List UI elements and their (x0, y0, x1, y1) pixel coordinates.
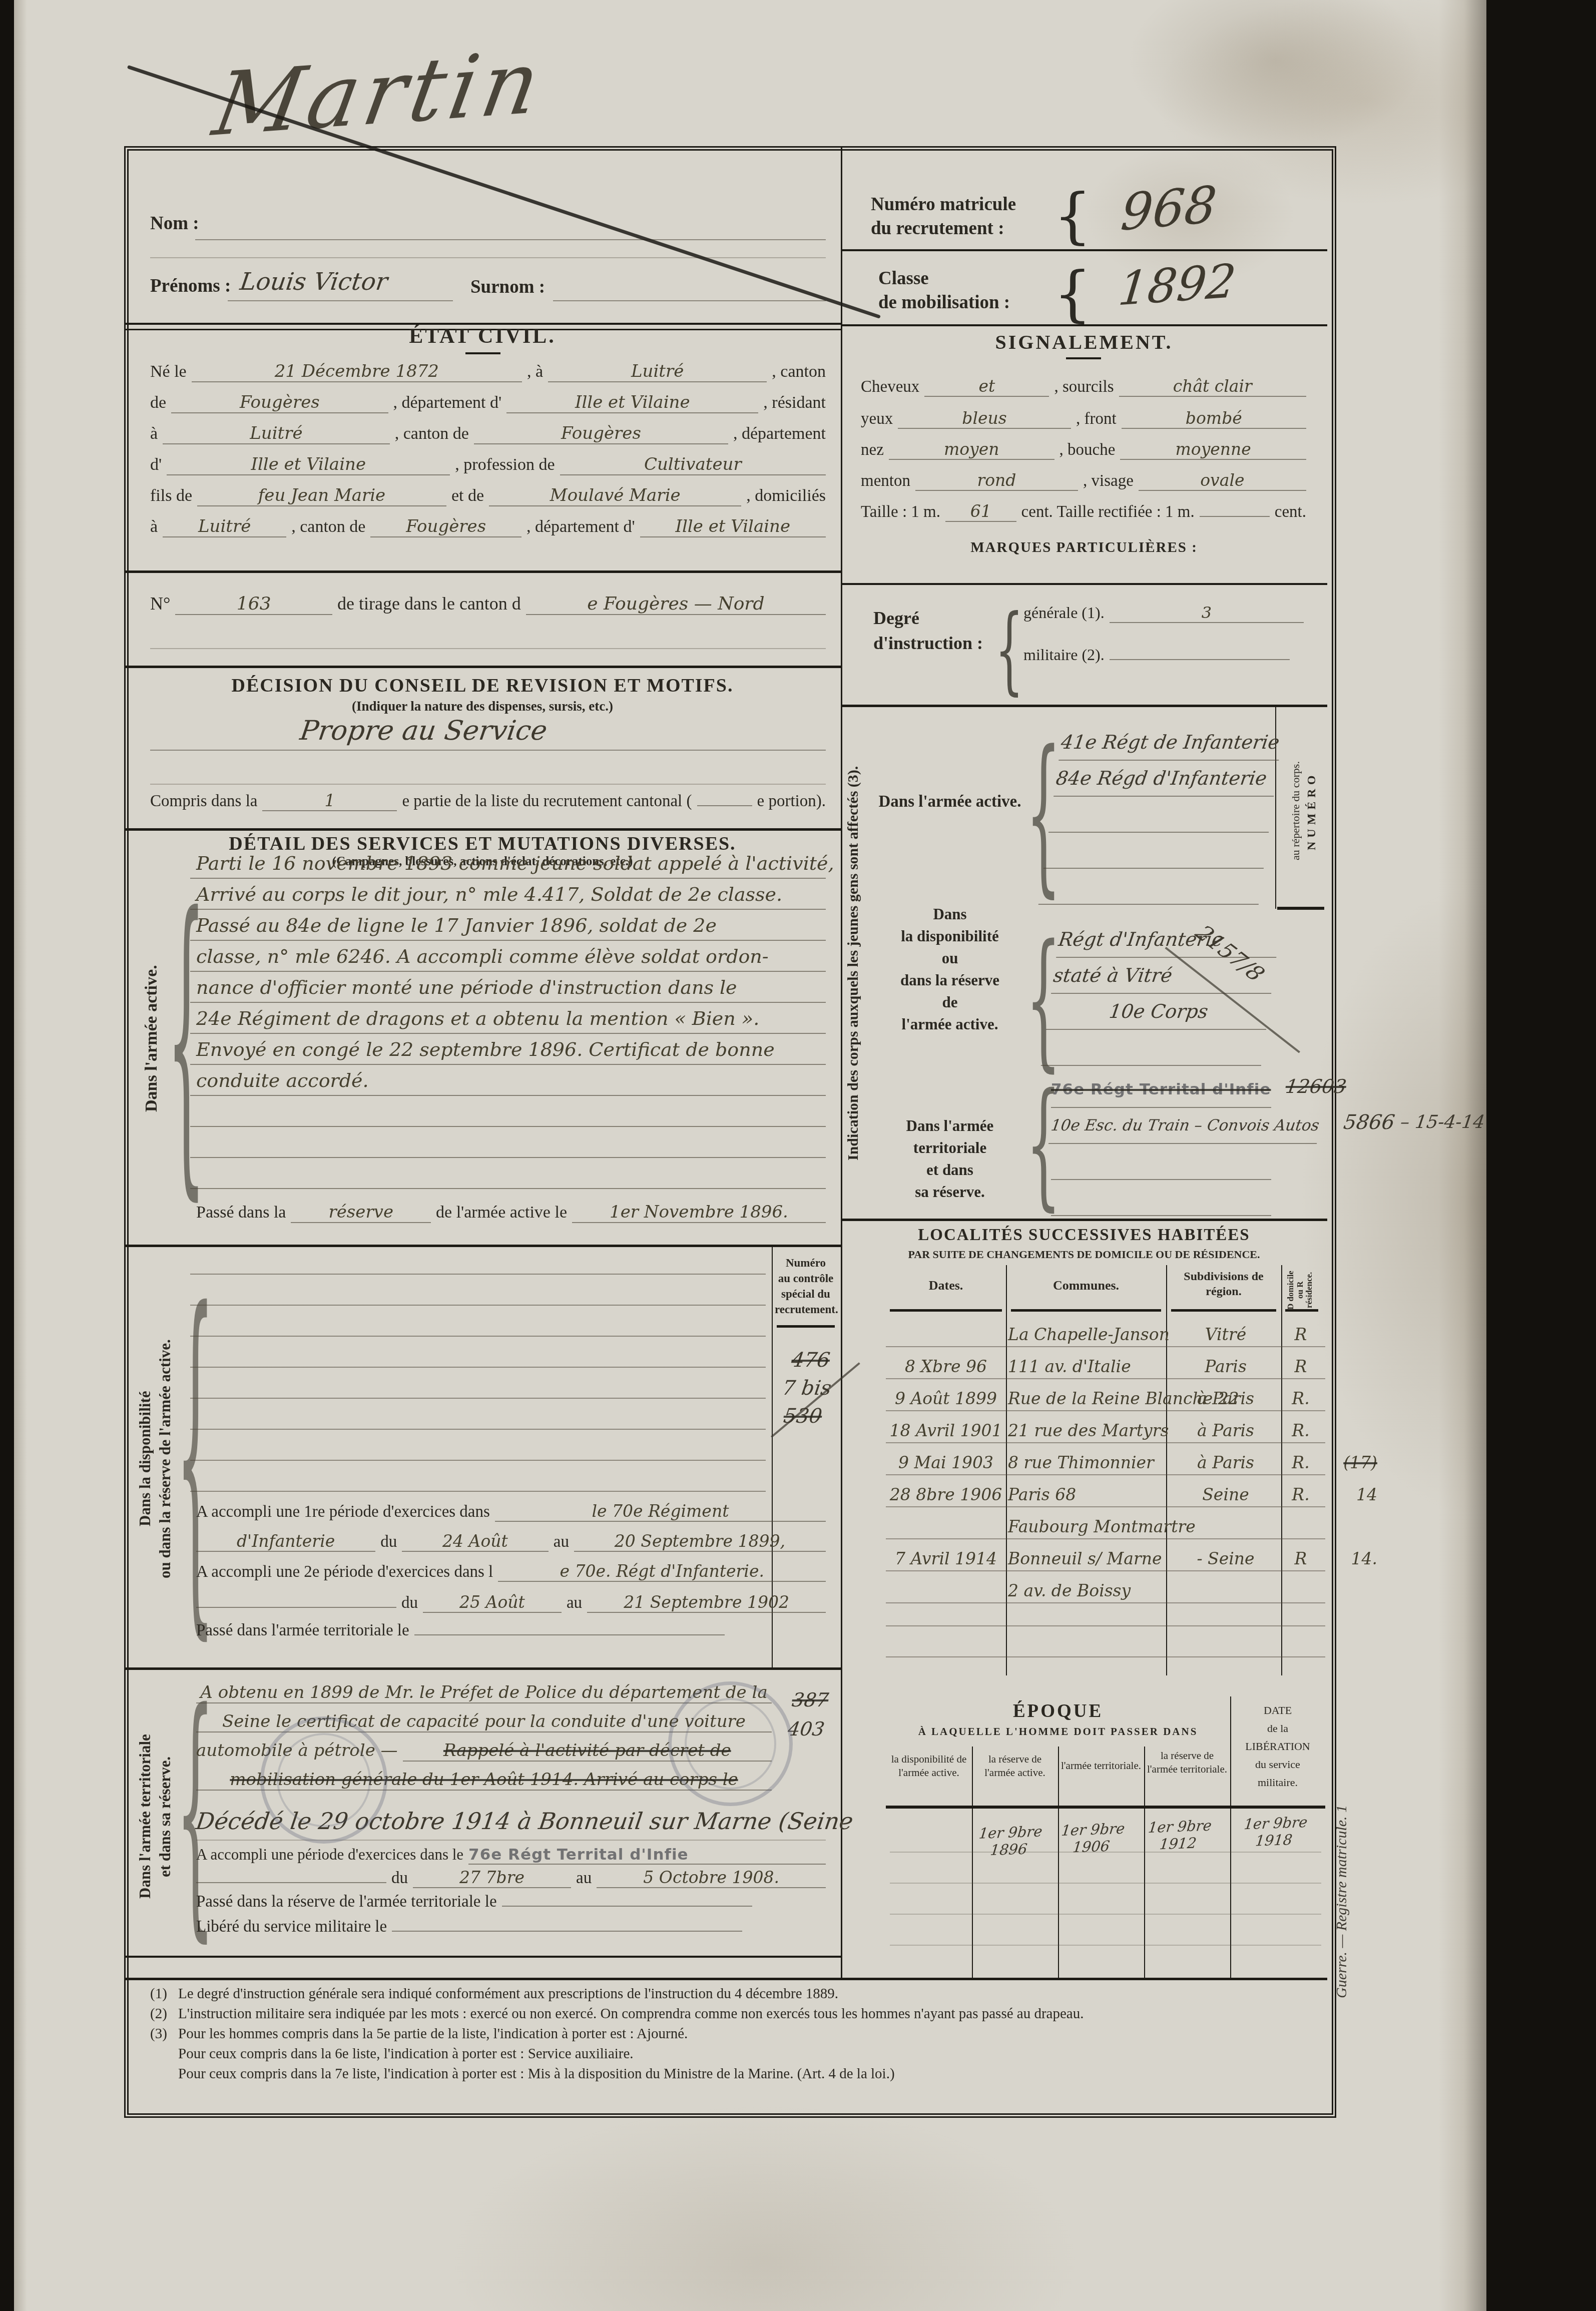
prenoms-label: Prénoms : (150, 275, 231, 297)
localite-subdivision (1168, 1536, 1283, 1538)
periode2-line-b: du25 Aoûtau21 Septembre 1902 (196, 1592, 826, 1613)
signalement-row-taille: Taille : 1 m.61cent. Taille rectifiée : … (861, 501, 1306, 522)
epoque-date-header-line: de la (1232, 1719, 1323, 1738)
sidebar-indication-corps: Indication des corps auxquels les jeunes… (845, 713, 866, 1214)
sidebar-disponibilite-2: ou dans la réserve de l'armée active. (156, 1261, 176, 1656)
train-squadron-entry: 10e Esc. du Train – Convois Autos (1050, 1116, 1321, 1134)
corps-entry-blank (1038, 869, 1264, 905)
localite-domicile-residence: R. (1283, 1485, 1318, 1506)
corps-entry-blank (1043, 833, 1269, 869)
localites-rows: La Chapelle-Janson Vitré R 8 Xbre 96 111… (886, 1315, 1325, 1603)
localite-subdivision: à Paris (1168, 1453, 1283, 1474)
rule (124, 1667, 841, 1670)
controle-header: Numéroau contrôlespécial durecrutement. (775, 1255, 837, 1317)
instruction-brace: { (995, 603, 1023, 698)
corps-entry-blank (1048, 797, 1274, 833)
epoque-value: 1er 9bre 1896 (966, 1823, 1052, 1860)
footnote-number: (1) (150, 1986, 178, 2002)
localite-margin-note: 14. (1351, 1549, 1377, 1570)
corps-terr-label: Dans l'arméeterritorialeet danssa réserv… (870, 1115, 1030, 1203)
etat-civil-line-4: d'Ille et Vilaine, profession deCultivat… (150, 454, 826, 475)
blank-ruled-line (150, 784, 826, 785)
localites-col-subdivisions: Subdivisions de région. (1166, 1269, 1281, 1299)
corps-entry: 84e Régd d'Infanterie (1053, 761, 1279, 797)
margin-number: 387 (781, 1685, 840, 1714)
localite-commune: 8 rue Thimonnier (1006, 1453, 1168, 1474)
rule (124, 666, 841, 668)
periode-territoriale-line-a: A accompli une période d'exercices dans … (196, 1846, 826, 1865)
localites-col-communes: Communes. (1006, 1278, 1166, 1293)
epoque-date-header-line: DATE (1232, 1701, 1323, 1719)
controle-header-line: recrutement. (775, 1302, 837, 1317)
controle-number: 530 (771, 1402, 835, 1430)
epoque-col4-header: la réserve de l'armée territoriale. (1146, 1749, 1228, 1776)
title-dash (465, 352, 500, 354)
nom-label: Nom : (150, 213, 199, 234)
localites-col-dates: Dates. (886, 1278, 1006, 1293)
sidebar-territoriale-1: Dans l'armée territoriale (136, 1676, 156, 1957)
header-bar (1171, 1309, 1276, 1312)
epoque-row-line (890, 1852, 1321, 1853)
localites-empty-row (886, 1594, 1325, 1626)
epoque-col3-header: l'armée territoriale. (1060, 1759, 1142, 1773)
epoque-subtitle: À LAQUELLE L'HOMME DOIT PASSER DANS (886, 1725, 1230, 1738)
signalement-row-cheveux: Cheveuxet, sourcilschât clair (861, 376, 1306, 397)
round-stamp-right (668, 1681, 793, 1806)
compris-line: Compris dans la1e partie de la liste du … (150, 791, 826, 811)
localites-row: 7 Avril 1914 Bonneuil s/ Marne - Seine R… (886, 1539, 1325, 1571)
localite-subdivision: à Paris (1168, 1389, 1283, 1410)
footnote-text: Pour ceux compris dans la 7e liste, l'in… (178, 2066, 895, 2082)
corps-entry: 10e Esc. du Train – Convois Autos 5866 –… (1048, 1108, 1322, 1144)
localites-col-dr: D domicile ou R résidence. (1286, 1267, 1321, 1313)
periode1-line-a: A accompli une 1re période d'exercices d… (196, 1501, 826, 1522)
corps-number: 5866 (1341, 1105, 1397, 1140)
epoque-value: 1er 9bre 1918 (1223, 1813, 1327, 1851)
footnote-number: (2) (150, 2006, 178, 2022)
corps-number: 12603 (1283, 1069, 1349, 1104)
localites-row: 8 Xbre 96 111 av. d'Italie Paris R (886, 1347, 1325, 1379)
etat-civil-line-1: Né le21 Décembre 1872, àLuitré, canton (150, 361, 826, 382)
header-bar (890, 1309, 1002, 1312)
rule (124, 1956, 841, 1958)
rule (124, 570, 841, 573)
column-divider (841, 146, 842, 1978)
epoque-date-header-line: du service (1232, 1756, 1323, 1774)
service-line: Parti le 16 novembre 1893 comme jeune so… (196, 848, 822, 879)
corps-dispo-label-line: de (870, 991, 1030, 1013)
instruction-label-line1: Degré (873, 606, 983, 631)
localite-date: 28 8bre 1906 (886, 1485, 1006, 1506)
corps-dispo-label-line: ou (870, 947, 1030, 969)
epoque-value: 1er 9bre 1912 (1132, 1817, 1226, 1854)
instruction-label: Degré d'instruction : (873, 606, 983, 656)
localites-row: 9 Mai 1903 8 rue Thimonnier à Paris R. (… (886, 1443, 1325, 1475)
controle-header-line: Numéro (775, 1255, 837, 1271)
corps-terr-label-line: territoriale (870, 1137, 1030, 1159)
localite-commune: Faubourg Montmartre (1006, 1517, 1168, 1538)
numero-repertoire-bar (1277, 907, 1324, 910)
rule (841, 583, 1327, 585)
etat-civil-line-5: fils defeu Jean Marieet deMoulavé Marie,… (150, 485, 826, 506)
footnote-row: Pour ceux compris dans la 7e liste, l'in… (150, 2066, 1316, 2086)
passe-reserve-territoriale-line: Passé dans la réserve de l'armée territo… (196, 1893, 826, 1911)
service-line: Arrivé au corps le dit jour, n° mle 4.41… (196, 879, 822, 910)
epoque-row-line (890, 1914, 1321, 1915)
sidebar-disponibilite-1: Dans la disponibilité (136, 1261, 156, 1656)
localites-empty-row (886, 1625, 1325, 1657)
corps-entry-stamped: 76e Régt Territal d'Infie 12603 (1051, 1072, 1271, 1108)
localite-domicile-residence: R (1283, 1357, 1318, 1378)
sidebar-territoriale-2: et dans sa réserve. (156, 1676, 176, 1957)
corps-entry: 10e Corps (1046, 994, 1271, 1030)
localites-table: Dates. Communes. Subdivisions de région.… (886, 1265, 1325, 1675)
localites-title: LOCALITÉS SUCCESSIVES HABITÉES (841, 1226, 1327, 1245)
territorial-regiment-stamp: 76e Régt Territal d'Infie (1051, 1080, 1271, 1098)
controle-numbers: 4767 bis530 (771, 1346, 843, 1430)
epoque-row-line (890, 1945, 1321, 1946)
epoque-value: 1er 9bre 1906 (1049, 1820, 1135, 1857)
table-vline (972, 1747, 973, 1978)
localite-commune: La Chapelle-Janson (1006, 1325, 1168, 1346)
header-bar (1285, 1309, 1318, 1312)
decision-underline (150, 750, 826, 751)
sidebar-armee-active: Dans l'armée active. (142, 873, 164, 1204)
corps-entry-blank (1041, 1030, 1266, 1066)
corps-dispo-label-line: Dans (870, 903, 1030, 925)
corps-dispo-label-line: la disponibilité (870, 925, 1030, 947)
etat-civil-line-2: deFougères, département d'Ille et Vilain… (150, 392, 826, 413)
margin-imprint: Guerre. — Registre matricule. 1 (1333, 1696, 1353, 2107)
footnote-row: (1) Le degré d'instruction générale sera… (150, 1986, 1316, 2006)
localites-row: 28 8bre 1906 Paris 68 Seine R. 14 (886, 1475, 1325, 1507)
table-vline (1144, 1747, 1145, 1978)
header-bar (1011, 1309, 1161, 1312)
localite-domicile-residence: R (1283, 1325, 1318, 1346)
signalement-row-menton: mentonrond, visageovale (861, 470, 1306, 491)
corps-active-entries: 41e Régt de Infanterie 84e Régd d'Infant… (1038, 725, 1284, 905)
classe-label-line1: Classe (878, 267, 1010, 291)
footnote-text: L'instruction militaire sera indiquée pa… (178, 2006, 1084, 2022)
passe-reserve-line: Passé dans laréservede l'armée active le… (196, 1202, 826, 1223)
localite-date: 9 Août 1899 (886, 1389, 1006, 1410)
localites-row: Faubourg Montmartre (886, 1507, 1325, 1539)
controle-header-line: au contrôle (775, 1271, 837, 1286)
epoque-col1-header: la disponibilité de l'armée active. (888, 1753, 970, 1780)
localite-domicile-residence: R. (1283, 1453, 1318, 1474)
epoque-date-header-line: militaire. (1232, 1774, 1323, 1792)
tirage-line: N°163de tirage dans le canton de Fougère… (150, 593, 826, 615)
epoque-row-line (890, 1883, 1321, 1884)
surnom-underline (553, 300, 826, 301)
corps-entry-blank (1051, 1180, 1271, 1216)
localite-commune: Paris 68 (1006, 1485, 1168, 1506)
epoque-header-bar (886, 1806, 1325, 1809)
controle-number: 476 (779, 1346, 843, 1374)
signalement-row-yeux: yeuxbleus, frontbombé (861, 408, 1306, 429)
rule (124, 828, 841, 831)
matricule-value: 968 (1119, 175, 1219, 242)
corps-dispo-label-line: dans la réserve (870, 969, 1030, 991)
controle-bar (777, 1325, 835, 1328)
corps-terr-label-line: et dans (870, 1159, 1030, 1181)
classe-brace: { (1053, 259, 1092, 329)
blank-ruled-line (150, 648, 826, 649)
localites-subtitle: PAR SUITE DE CHANGEMENTS DE DOMICILE OU … (841, 1248, 1327, 1261)
rule (124, 1978, 1327, 1980)
decision-title: DÉCISION DU CONSEIL DE REVISION ET MOTIF… (124, 675, 841, 697)
corps-entry: 41e Régt de Infanterie (1058, 725, 1284, 761)
signalement-row-nez: nezmoyen, bouchemoyenne (861, 439, 1306, 460)
localite-date (886, 1536, 1006, 1538)
localite-date: 18 Avril 1901 (886, 1421, 1006, 1442)
etat-civil-title: ÉTAT CIVIL. (124, 324, 841, 348)
scanned-military-register-page: { "header": { "nom_label": "Nom :", "nom… (0, 0, 1596, 2311)
service-line: nance d'officier monté une période d'ins… (196, 972, 822, 1003)
footnote-text: Pour ceux compris dans la 6e liste, l'in… (178, 2046, 634, 2062)
periode-territoriale-line-b: du27 7breau5 Octobre 1908. (196, 1868, 826, 1888)
instruction-label-line2: d'instruction : (873, 631, 983, 656)
epoque-title: ÉPOQUE (886, 1700, 1230, 1722)
matricule-label-line2: du recrutement : (871, 217, 1016, 241)
epoque-table: ÉPOQUE À LAQUELLE L'HOMME DOIT PASSER DA… (886, 1696, 1325, 1978)
localites-row: 9 Août 1899 Rue de la Reine Blanche 22 à… (886, 1379, 1325, 1411)
footnote-text: Le degré d'instruction générale sera ind… (178, 1986, 838, 2002)
localite-commune: 21 rue des Martyrs (1006, 1421, 1168, 1442)
localite-domicile-residence: R. (1283, 1389, 1318, 1410)
localite-commune: 111 av. d'Italie (1006, 1357, 1168, 1378)
surnom-label: Surnom : (470, 276, 545, 298)
epoque-values: 1er 9bre 18961er 9bre 19061er 9bre 19121… (884, 1813, 1327, 1863)
prenoms-value: Louis Victor (238, 268, 389, 296)
decision-subtitle: (Indiquer la nature des dispenses, sursi… (124, 699, 841, 714)
epoque-date-header: DATEde laLIBÉRATIONdu servicemilitaire. (1232, 1701, 1323, 1792)
footnote-row: (2) L'instruction militaire sera indiqué… (150, 2006, 1316, 2026)
round-stamp-left (260, 1716, 387, 1844)
signalement-title: SIGNALEMENT. (841, 330, 1327, 354)
passe-territoriale-line: Passé dans l'armée territoriale le (196, 1621, 826, 1640)
footnote-row: (3) Pour les hommes compris dans la 5e p… (150, 2026, 1316, 2046)
localite-subdivision: Vitré (1168, 1325, 1283, 1346)
dispo-ruled-lines (190, 1244, 766, 1498)
periode2-line-a: A accompli une 2e période d'exercices da… (196, 1561, 826, 1582)
epoque-value (886, 1839, 969, 1842)
matricule-label-line1: Numéro matricule (871, 193, 1016, 217)
etat-civil-line-3: àLuitré, canton deFougères, département (150, 423, 826, 444)
corps-terr-label-line: sa réserve. (870, 1181, 1030, 1203)
service-line: Envoyé en congé le 22 septembre 1896. Ce… (196, 1034, 822, 1065)
classe-label-line2: de mobilisation : (878, 291, 1010, 315)
localites-row: 18 Avril 1901 21 rue des Martyrs à Paris… (886, 1411, 1325, 1443)
footnote-number: (3) (150, 2026, 178, 2042)
active-service-text: Parti le 16 novembre 1893 comme jeune so… (196, 848, 822, 1096)
localite-commune: Rue de la Reine Blanche 22 (1006, 1389, 1168, 1410)
corps-date-note: – 15-4-14 (1398, 1105, 1487, 1140)
corps-terr-entries: 76e Régt Territal d'Infie 12603 10e Esc.… (1051, 1072, 1271, 1216)
rule (841, 705, 1327, 707)
instruction-generale-line: générale (1).3 (1023, 603, 1304, 623)
localite-subdivision: Paris (1168, 1357, 1283, 1378)
rule (841, 1219, 1327, 1221)
localites-row: La Chapelle-Janson Vitré R (886, 1315, 1325, 1347)
marques-label: MARQUES PARTICULIÈRES : (841, 539, 1327, 556)
table-vline (1058, 1747, 1059, 1978)
controle-header-line: spécial du (775, 1286, 837, 1302)
periode1-line-b: d'Infanteriedu24 Aoûtau20 Septembre 1899… (196, 1531, 826, 1552)
localite-date (886, 1344, 1006, 1346)
decision-value: Propre au Service (298, 715, 550, 746)
classe-value: 1892 (1116, 254, 1239, 316)
epoque-col2-header: la réserve de l'armée active. (974, 1753, 1056, 1780)
localite-margin-note: 14 (1356, 1485, 1377, 1506)
nom-underline (195, 239, 826, 240)
localite-subdivision: Seine (1168, 1485, 1283, 1506)
localite-date: 7 Avril 1914 (886, 1549, 1006, 1570)
localite-commune: Bonneuil s/ Marne (1006, 1549, 1168, 1570)
prenoms-underline (228, 300, 453, 301)
nom-underline-2 (150, 257, 826, 258)
corps-dispo-label: Dansla disponibilitéoudans la réservedel… (870, 903, 1030, 1035)
localite-domicile-residence (1283, 1536, 1318, 1538)
corps-dispo-label-line: l'armée active. (870, 1013, 1030, 1035)
title-dash (1066, 357, 1101, 359)
footnotes: (1) Le degré d'instruction générale sera… (150, 1986, 1316, 2086)
localite-subdivision: à Paris (1168, 1421, 1283, 1442)
corps-dispo-entries: Régt d'Infanterie staté à Vitré 10e Corp… (1041, 922, 1281, 1066)
epoque-date-header-line: LIBÉRATION (1232, 1738, 1323, 1756)
service-line: conduite accordé. (196, 1065, 822, 1096)
localite-date: 8 Xbre 96 (886, 1357, 1006, 1378)
localite-margin-note: (17) (1343, 1453, 1377, 1474)
numero-repertoire-label-1: NUMÉRO (1305, 726, 1320, 896)
localite-date: 9 Mai 1903 (886, 1453, 1006, 1474)
numero-repertoire-label-2: au répertoire du corps. (1289, 726, 1303, 896)
libere-service-line: Libéré du service militaire le (196, 1918, 826, 1936)
footnote-row: Pour ceux compris dans la 6e liste, l'in… (150, 2046, 1316, 2066)
corps-active-label: Dans l'armée active. (875, 791, 1025, 813)
deces-underline (196, 1840, 826, 1841)
localite-domicile-residence: R. (1283, 1421, 1318, 1442)
localite-domicile-residence: R (1283, 1549, 1318, 1570)
matricule-label: Numéro matricule du recrutement : (871, 193, 1016, 241)
footnote-text: Pour les hommes compris dans la 5e parti… (178, 2026, 688, 2042)
service-line: 24e Régiment de dragons et a obtenu la m… (196, 1003, 822, 1034)
corps-entry-blank (1051, 1144, 1271, 1180)
service-line: classe, n° mle 6246. A accompli comme él… (196, 941, 822, 972)
instruction-militaire-line: militaire (2). (1023, 646, 1304, 664)
corps-terr-label-line: Dans l'armée (870, 1115, 1030, 1137)
etat-civil-line-6: àLuitré, canton deFougères, département … (150, 516, 826, 537)
localite-subdivision: - Seine (1168, 1549, 1283, 1570)
classe-label: Classe de mobilisation : (878, 267, 1010, 315)
matricule-brace: { (1053, 181, 1092, 251)
service-line: Passé au 84e de ligne le 17 Janvier 1896… (196, 910, 822, 941)
